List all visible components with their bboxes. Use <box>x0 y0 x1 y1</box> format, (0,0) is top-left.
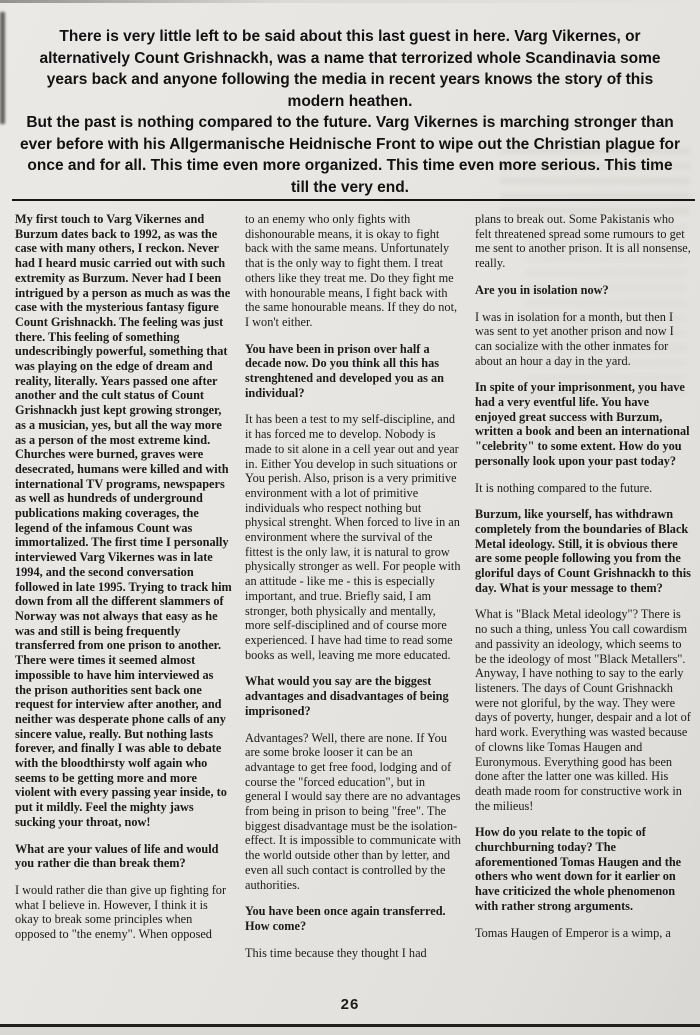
scan-edge-bottom-strip <box>0 1027 700 1035</box>
header-paragraph-1: There is very little left to be said abo… <box>18 26 682 112</box>
question-text: How do you relate to the topic of church… <box>475 825 692 913</box>
question-text: What would you say are the biggest advan… <box>245 674 462 718</box>
header-paragraph-2: But the past is nothing compared to the … <box>18 112 682 198</box>
scan-edge-top-artifact <box>0 0 700 3</box>
page-footer: 26 <box>0 996 700 1013</box>
answer-text: It is nothing compared to the future. <box>475 481 692 496</box>
answer-text: I was in isolation for a month, but then… <box>475 310 692 369</box>
scan-edge-left-artifact <box>0 12 5 124</box>
answer-text: I would rather die than give up fighting… <box>15 883 232 942</box>
intro-paragraph: My first touch to Varg Vikernes and Burz… <box>15 212 232 830</box>
question-text: Are you in isolation now? <box>475 283 692 298</box>
answer-text: Tomas Haugen of Emperor is a wimp, a <box>475 926 692 941</box>
answer-text: This time because they thought I had <box>245 946 462 961</box>
question-text: You have been once again transferred. Ho… <box>245 904 462 933</box>
question-text: What are your values of life and would y… <box>15 842 232 871</box>
scanned-zine-page: There is very little left to be said abo… <box>0 0 700 1035</box>
answer-text: plans to break out. Some Pakistanis who … <box>475 212 692 271</box>
answer-text: It has been a test to my self-discipline… <box>245 412 462 662</box>
question-text: In spite of your imprisonment, you have … <box>475 380 692 468</box>
page-number: 26 <box>341 996 360 1013</box>
question-text: You have been in prison over half a deca… <box>245 342 462 401</box>
column-1: My first touch to Varg Vikernes and Burz… <box>15 212 232 960</box>
answer-text: What is "Black Metal ideology"? There is… <box>475 607 692 813</box>
horizontal-divider <box>12 199 695 201</box>
question-text: Burzum, like yourself, has withdrawn com… <box>475 507 692 595</box>
column-2: to an enemy who only fights with dishono… <box>245 212 462 960</box>
article-body: My first touch to Varg Vikernes and Burz… <box>15 212 692 960</box>
column-3: plans to break out. Some Pakistanis who … <box>475 212 692 960</box>
answer-text: Advantages? Well, there are none. If You… <box>245 731 462 893</box>
page-header: There is very little left to be said abo… <box>18 26 682 198</box>
answer-text: to an enemy who only fights with dishono… <box>245 212 462 330</box>
